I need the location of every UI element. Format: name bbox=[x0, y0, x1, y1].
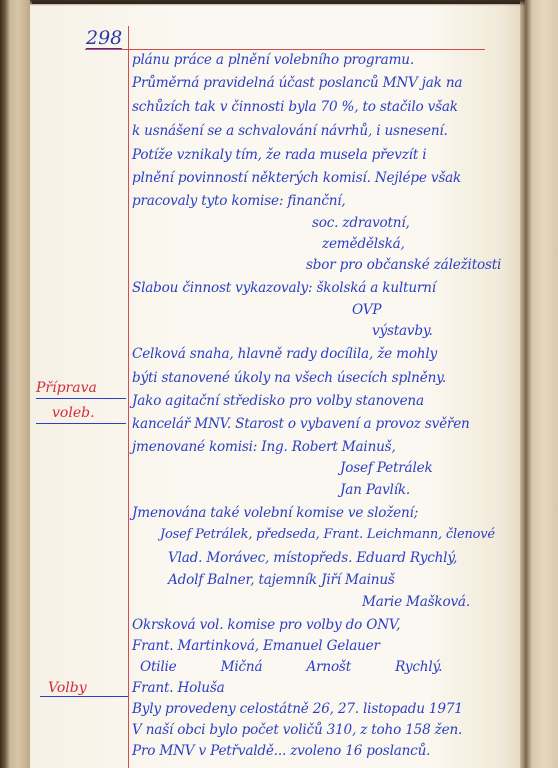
text-line: V naší obci bylo počet voličů 310, z toh… bbox=[132, 722, 462, 738]
margin-note-priprava: Příprava bbox=[36, 380, 97, 396]
text-line: pracovaly tyto komise: finanční, bbox=[132, 193, 346, 209]
margin-note-underline bbox=[40, 696, 128, 697]
top-shadow bbox=[30, 0, 525, 6]
text-line: Vlad. Morávec, místopředs. Eduard Rychlý… bbox=[168, 550, 457, 566]
text-line: plnění povinností některých komisí. Nejl… bbox=[132, 170, 461, 186]
text-line: výstavby. bbox=[372, 323, 433, 339]
text-line: Celková snaha, hlavně rady docílila, že … bbox=[132, 346, 437, 362]
text-line: býti stanovené úkoly na všech úsecích sp… bbox=[132, 370, 446, 386]
text-line: plánu práce a plnění volebního programu. bbox=[132, 52, 414, 68]
text-line: Jan Pavlík. bbox=[340, 482, 410, 498]
text-line: schůzích tak v činnosti byla 70 %, to st… bbox=[132, 99, 458, 115]
text-line: sbor pro občanské záležitosti bbox=[306, 257, 501, 273]
text-line: Průměrná pravidelná účast poslanců MNV j… bbox=[132, 75, 462, 91]
text-line: Marie Mašková. bbox=[362, 594, 470, 610]
text-line: Josef Petrálek bbox=[340, 460, 432, 476]
text-line: Josef Petrálek, předseda, Frant. Leichma… bbox=[160, 527, 495, 542]
book-edge-left bbox=[0, 0, 32, 768]
text-line: Potíže vznikaly tím, že rada musela přev… bbox=[132, 147, 426, 163]
margin-note-underline bbox=[36, 423, 126, 424]
text-line: Byly provedeny celostátně 26, 27. listop… bbox=[132, 701, 463, 717]
text-line: kancelář MNV. Starost o vybavení a provo… bbox=[132, 416, 470, 432]
text-line: OVP bbox=[352, 302, 381, 318]
text-line: Otilie Mičná Arnošt Rychlý. bbox=[140, 659, 442, 675]
margin-note-voleb: voleb. bbox=[52, 405, 95, 421]
text-line: Jmenována také volební komise ve složení… bbox=[132, 505, 418, 521]
book-edge-right bbox=[520, 0, 558, 768]
margin-note-volby: Volby bbox=[48, 680, 87, 696]
text-line: jmenované komisi: Ing. Robert Mainuš, bbox=[132, 439, 396, 455]
text-line: Frant. Martinková, Emanuel Gelauer bbox=[132, 638, 380, 654]
page-number: 298 bbox=[86, 28, 122, 49]
text-line: Pro MNV v Petřvaldě... zvoleno 16 poslan… bbox=[132, 743, 430, 759]
margin-note-underline bbox=[36, 398, 126, 399]
header-rule bbox=[85, 49, 485, 50]
text-line: k usnášení se a schvalování návrhů, i us… bbox=[132, 123, 448, 139]
text-line: Okrsková vol. komise pro volby do ONV, bbox=[132, 617, 400, 633]
text-line: Adolf Balner, tajemník Jiří Mainuš bbox=[168, 572, 395, 588]
text-line: Frant. Holuša bbox=[132, 680, 225, 696]
margin-rule-vertical bbox=[128, 26, 129, 768]
text-line: Slabou činnost vykazovaly: školská a kul… bbox=[132, 280, 436, 296]
text-line: zemědělská, bbox=[322, 236, 405, 252]
text-line: soc. zdravotní, bbox=[312, 215, 410, 231]
text-line: Jako agitační středisko pro volby stanov… bbox=[132, 393, 424, 409]
